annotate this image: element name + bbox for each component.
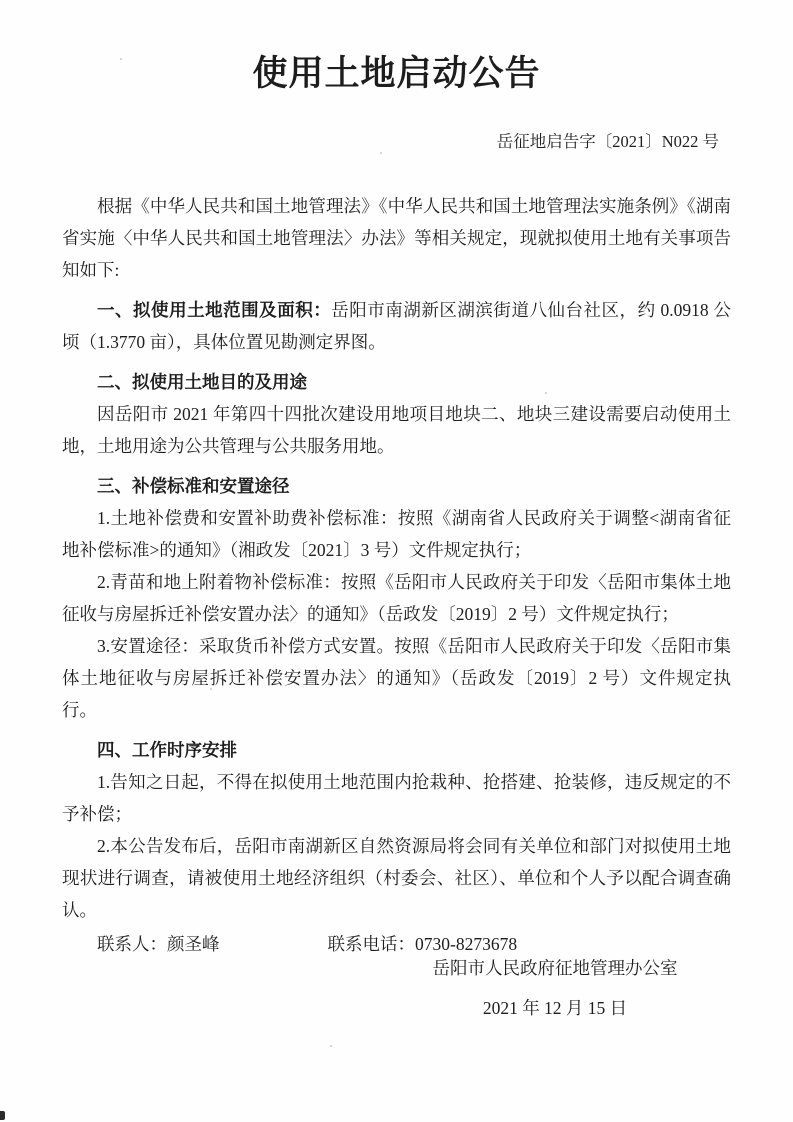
scan-speck [380,152,382,154]
scan-speck [545,392,547,394]
scan-speck [704,236,706,238]
scan-speck [330,1045,332,1047]
signature-org: 岳阳市人民政府征地管理办公室 [405,948,705,988]
section-2-paragraph-1: 因岳阳市 2021 年第四十四批次建设用地项目地块二、地块三建设需要启动使用土地… [62,398,731,462]
scan-speck [620,842,622,844]
section-2-heading: 二、拟使用土地目的及用途 [62,366,731,398]
scan-speck [120,58,122,60]
section-4-paragraph-1: 1.告知之日起，不得在拟使用土地范围内抢栽种、抢搭建、抢装修，违反规定的不予补偿… [62,766,731,830]
signature-date: 2021 年 12 月 15 日 [405,988,705,1028]
scan-speck [210,688,212,690]
section-3-paragraph-3: 3.安置途径：采取货币补偿方式安置。按照《岳阳市人民政府关于印发〈岳阳市集体土地… [62,630,731,726]
section-3-paragraph-2: 2.青苗和地上附着物补偿标准：按照《岳阳市人民政府关于印发〈岳阳市集体土地征收与… [62,566,731,630]
section-3-paragraph-1: 1.土地补偿费和安置补助费补偿标准：按照《湖南省人民政府关于调整<湖南省征地补偿… [62,502,731,566]
page-title: 使用土地启动公告 [62,52,731,96]
scan-corner-mark [0,1111,5,1120]
section-4-heading: 四、工作时序安排 [62,734,731,766]
section-3-heading: 三、补偿标准和安置途径 [62,470,731,502]
doc-number: 岳征地启告字〔2021〕N022 号 [62,132,731,152]
section-1-paragraph: 一、拟使用土地范围及面积：岳阳市南湖新区湖滨街道八仙台社区，约 0.0918 公… [62,294,731,358]
section-4-paragraph-2: 2.本公告发布后，岳阳市南湖新区自然资源局将会同有关单位和部门对拟使用土地现状进… [62,830,731,926]
contact-person: 联系人：颜圣峰 [97,934,220,954]
document-page: 使用土地启动公告 岳征地启告字〔2021〕N022 号 根据《中华人民共和国土地… [0,0,793,1122]
section-1-heading: 一、拟使用土地范围及面积： [97,300,331,320]
signature-block: 岳阳市人民政府征地管理办公室 2021 年 12 月 15 日 [405,948,705,1028]
document-body: 根据《中华人民共和国土地管理法》《中华人民共和国土地管理法实施条例》《湖南省实施… [62,190,731,960]
intro-paragraph: 根据《中华人民共和国土地管理法》《中华人民共和国土地管理法实施条例》《湖南省实施… [62,190,731,286]
